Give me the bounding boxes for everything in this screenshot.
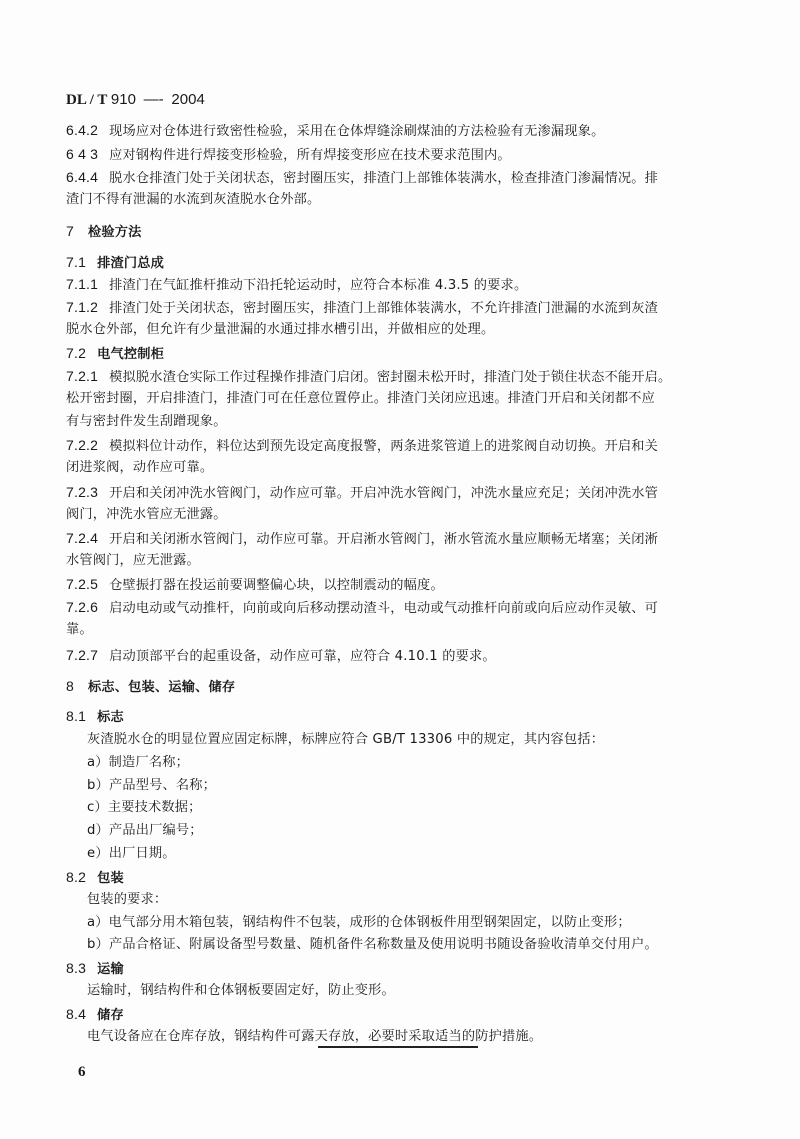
clause-number: 7.1.1 — [66, 275, 98, 293]
section-title: 电气控制柜 — [97, 347, 164, 362]
section-8-3-heading: 8.3运输 — [66, 959, 124, 979]
section-title: 标志 — [97, 710, 124, 725]
clause-number: 7.2.2 — [66, 436, 98, 454]
section-title: 运输 — [97, 962, 124, 977]
clause-text: 现场应对仓体进行致密性检验，采用在仓体焊缝涂刷煤油的方法检验有无渗漏现象。 — [109, 124, 604, 139]
chapter-title: 标志、包装、运输、储存 — [88, 680, 235, 695]
chapter-7-heading: 7检验方法 — [66, 222, 142, 242]
section-8-1-heading: 8.1标志 — [66, 707, 124, 727]
clause-7-2-1-cont2: 有与密封件发生刮蹭现象。 — [66, 413, 227, 431]
section-8-2-heading: 8.2包装 — [66, 868, 124, 888]
clause-7-1-2-cont: 脱水仓外部，但允许有少量泄漏的水通过排水槽引出，并做相应的处理。 — [66, 321, 494, 339]
clause-text: 模拟脱水渣仓实际工作过程操作排渣门启闭。密封圈未松开时，排渣门处于锁住状态不能开… — [109, 370, 671, 385]
clause-text: 启动顶部平台的起重设备，动作应可靠，应符合 4.10.1 的要求。 — [109, 649, 496, 664]
clause-7-2-4-cont: 水管阀门，应无泄露。 — [66, 552, 200, 570]
list-item: e）出厂日期。 — [87, 845, 176, 863]
clause-text: 排渣门处于关闭状态，密封圈压实，排渣门上部锥体装满水，不允许排渣门泄漏的水流到灰… — [109, 301, 658, 316]
clause-number: 6 4 3 — [66, 145, 98, 163]
clause-7-2-4: 7.2.4开启和关闭淅水管阀门，动作应可靠。开启淅水管阀门，淅水管流水量应顺畅无… — [66, 529, 658, 549]
list-item: c）主要技术数据； — [87, 799, 202, 817]
clause-7-2-1: 7.2.1模拟脱水渣仓实际工作过程操作排渣门启闭。密封圈未松开时，排渣门处于锁住… — [66, 367, 671, 387]
clause-7-2-1-cont: 松开密封圈，开启排渣门，排渣门可在任意位置停止。排渣门关闭应迅速。排渣门开启和关… — [66, 390, 655, 408]
clause-7-2-6-cont: 靠。 — [66, 621, 93, 639]
clause-7-2-2: 7.2.2模拟料位计动作，料位达到预先设定高度报警，两条进浆管道上的进浆阀自动切… — [66, 436, 658, 456]
clause-number: 6.4.2 — [66, 121, 98, 139]
clause-6-4-3: 6 4 3应对钢构件进行焊接变形检验，所有焊接变形应在技术要求范围内。 — [66, 145, 511, 165]
end-rule-divider — [318, 1046, 478, 1048]
clause-7-2-2-cont: 闭进浆阀，动作应可靠。 — [66, 459, 213, 477]
list-item: a）制造厂名称； — [87, 754, 189, 772]
clause-text: 仓壁振打器在投运前要调整偏心块，以控制震动的幅度。 — [109, 578, 444, 593]
clause-number: 7.1.2 — [66, 298, 98, 316]
section-8-3-text: 运输时，钢结构件和仓体钢板要固定好，防止变形。 — [87, 982, 395, 1000]
clause-number: 7.2.4 — [66, 529, 98, 547]
clause-number: 7.2.3 — [66, 483, 98, 501]
section-title: 包装 — [97, 871, 124, 886]
section-8-2-intro: 包装的要求： — [87, 891, 167, 909]
clause-number: 7.2.7 — [66, 646, 98, 664]
list-item: b）产品合格证、附属设备型号数量、随机备件名称数量及使用说明书随设备验收清单交付… — [87, 936, 658, 954]
clause-6-4-4: 6.4.4脱水仓排渣门处于关闭状态，密封圈压实，排渣门上部锥体装满水，检查排渣门… — [66, 168, 658, 188]
clause-number: 7.2.6 — [66, 598, 98, 616]
page-number: 6 — [78, 1064, 86, 1081]
document-page: DL / T 910 —- 2004 6.4.2现场应对仓体进行致密性检验，采用… — [0, 0, 800, 1139]
standard-number: 910 — [111, 91, 136, 108]
section-number: 8.3 — [66, 959, 86, 977]
clause-6-4-4-cont: 渣门不得有泄漏的水流到灰渣脱水仓外部。 — [66, 191, 320, 209]
section-number: 8.2 — [66, 868, 86, 886]
standard-code: DL / T — [66, 92, 107, 108]
section-number: 8.4 — [66, 1005, 86, 1023]
section-8-1-intro: 灰渣脱水仓的明显位置应固定标牌，标牌应符合 GB/T 13306 中的规定，其内… — [87, 731, 604, 749]
clause-text: 脱水仓排渣门处于关闭状态，密封圈压实，排渣门上部锥体装满水，检查排渣门渗漏情况。… — [109, 171, 658, 186]
clause-text: 开启和关闭淅水管阀门，动作应可靠。开启淅水管阀门，淅水管流水量应顺畅无堵塞；关闭… — [109, 532, 658, 547]
section-number: 8.1 — [66, 707, 86, 725]
list-item: d）产品出厂编号； — [87, 822, 203, 840]
clause-number: 7.2.1 — [66, 367, 98, 385]
header-separator: —- — [144, 91, 164, 108]
clause-7-2-3-cont: 阀门，冲洗水管应无泄露。 — [66, 506, 227, 524]
chapter-title: 检验方法 — [88, 225, 142, 240]
clause-text: 模拟料位计动作，料位达到预先设定高度报警，两条进浆管道上的进浆阀自动切换。开启和… — [109, 439, 658, 454]
clause-text: 应对钢构件进行焊接变形检验，所有焊接变形应在技术要求范围内。 — [109, 148, 511, 163]
clause-text: 开启和关闭冲洗水管阀门，动作应可靠。开启冲洗水管阀门，冲洗水量应充足；关闭冲洗水… — [109, 486, 658, 501]
clause-7-1-2: 7.1.2排渣门处于关闭状态，密封圈压实，排渣门上部锥体装满水，不允许排渣门泄漏… — [66, 298, 658, 318]
section-8-4-heading: 8.4储存 — [66, 1005, 124, 1025]
list-item: a）电气部分用木箱包装，钢结构件不包装，成形的仓体钢板件用型钢架固定，以防止变形… — [87, 914, 631, 932]
clause-text: 排渣门在气缸推杆推动下沿托轮运动时，应符合本标准 4.3.5 的要求。 — [109, 278, 527, 293]
section-title: 排渣门总成 — [97, 256, 164, 271]
section-number: 7.2 — [66, 344, 86, 362]
clause-number: 7.2.5 — [66, 575, 98, 593]
section-8-4-text: 电气设备应在仓库存放，钢结构件可露天存放，必要时采取适当的防护措施。 — [87, 1028, 542, 1046]
clause-number: 6.4.4 — [66, 168, 98, 186]
section-7-1-heading: 7.1排渣门总成 — [66, 253, 164, 273]
section-number: 7.1 — [66, 253, 86, 271]
section-title: 储存 — [97, 1008, 124, 1023]
standard-header: DL / T 910 —- 2004 — [66, 91, 205, 109]
clause-text: 启动电动或气动推杆，向前或向后移动摆动渣斗，电动或气动推杆向前或向后应动作灵敏、… — [109, 601, 658, 616]
standard-year: 2004 — [171, 91, 204, 108]
chapter-number: 8 — [66, 677, 74, 695]
clause-7-2-6: 7.2.6启动电动或气动推杆，向前或向后移动摆动渣斗，电动或气动推杆向前或向后应… — [66, 598, 658, 618]
clause-7-2-5: 7.2.5仓壁振打器在投运前要调整偏心块，以控制震动的幅度。 — [66, 575, 444, 595]
list-item: b）产品型号、名称； — [87, 777, 216, 795]
clause-6-4-2: 6.4.2现场应对仓体进行致密性检验，采用在仓体焊缝涂刷煤油的方法检验有无渗漏现… — [66, 121, 604, 141]
clause-7-2-3: 7.2.3开启和关闭冲洗水管阀门，动作应可靠。开启冲洗水管阀门，冲洗水量应充足；… — [66, 483, 658, 503]
chapter-number: 7 — [66, 222, 74, 240]
chapter-8-heading: 8标志、包装、运输、储存 — [66, 677, 235, 697]
section-7-2-heading: 7.2电气控制柜 — [66, 344, 164, 364]
clause-7-1-1: 7.1.1排渣门在气缸推杆推动下沿托轮运动时，应符合本标准 4.3.5 的要求。 — [66, 275, 527, 295]
clause-7-2-7: 7.2.7启动顶部平台的起重设备，动作应可靠，应符合 4.10.1 的要求。 — [66, 646, 496, 666]
